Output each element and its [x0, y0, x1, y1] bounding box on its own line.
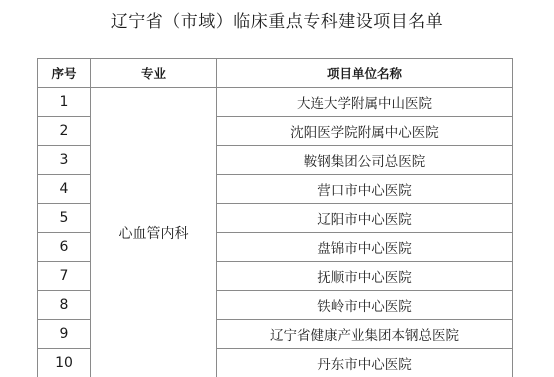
unit-name: 大连大学附属中山医院 [217, 88, 513, 117]
unit-name: 沈阳医学院附属中心医院 [217, 117, 513, 146]
unit-name: 鞍钢集团公司总医院 [217, 146, 513, 175]
header-index: 序号 [38, 59, 91, 88]
unit-name: 辽阳市中心医院 [217, 204, 513, 233]
table-header-row: 序号 专业 项目单位名称 [38, 59, 513, 88]
specialty-cell: 心血管内科 [91, 88, 217, 377]
row-index: 7 [38, 262, 91, 291]
row-index: 9 [38, 320, 91, 349]
row-index: 2 [38, 117, 91, 146]
row-index: 1 [38, 88, 91, 117]
unit-name: 抚顺市中心医院 [217, 262, 513, 291]
unit-name: 营口市中心医院 [217, 175, 513, 204]
row-index: 10 [38, 349, 91, 377]
row-index: 6 [38, 233, 91, 262]
row-index: 4 [38, 175, 91, 204]
page-title: 辽宁省（市域）临床重点专科建设项目名单 [0, 7, 554, 32]
unit-name: 辽宁省健康产业集团本钢总医院 [217, 320, 513, 349]
row-index: 3 [38, 146, 91, 175]
header-specialty: 专业 [91, 59, 217, 88]
row-index: 8 [38, 291, 91, 320]
project-table: 序号 专业 项目单位名称 1 心血管内科 大连大学附属中山医院 2 沈阳医学院附… [37, 58, 513, 377]
unit-name: 盘锦市中心医院 [217, 233, 513, 262]
unit-name: 丹东市中心医院 [217, 349, 513, 377]
table-row: 1 心血管内科 大连大学附属中山医院 [38, 88, 513, 117]
unit-name: 铁岭市中心医院 [217, 291, 513, 320]
header-unit-name: 项目单位名称 [217, 59, 513, 88]
row-index: 5 [38, 204, 91, 233]
